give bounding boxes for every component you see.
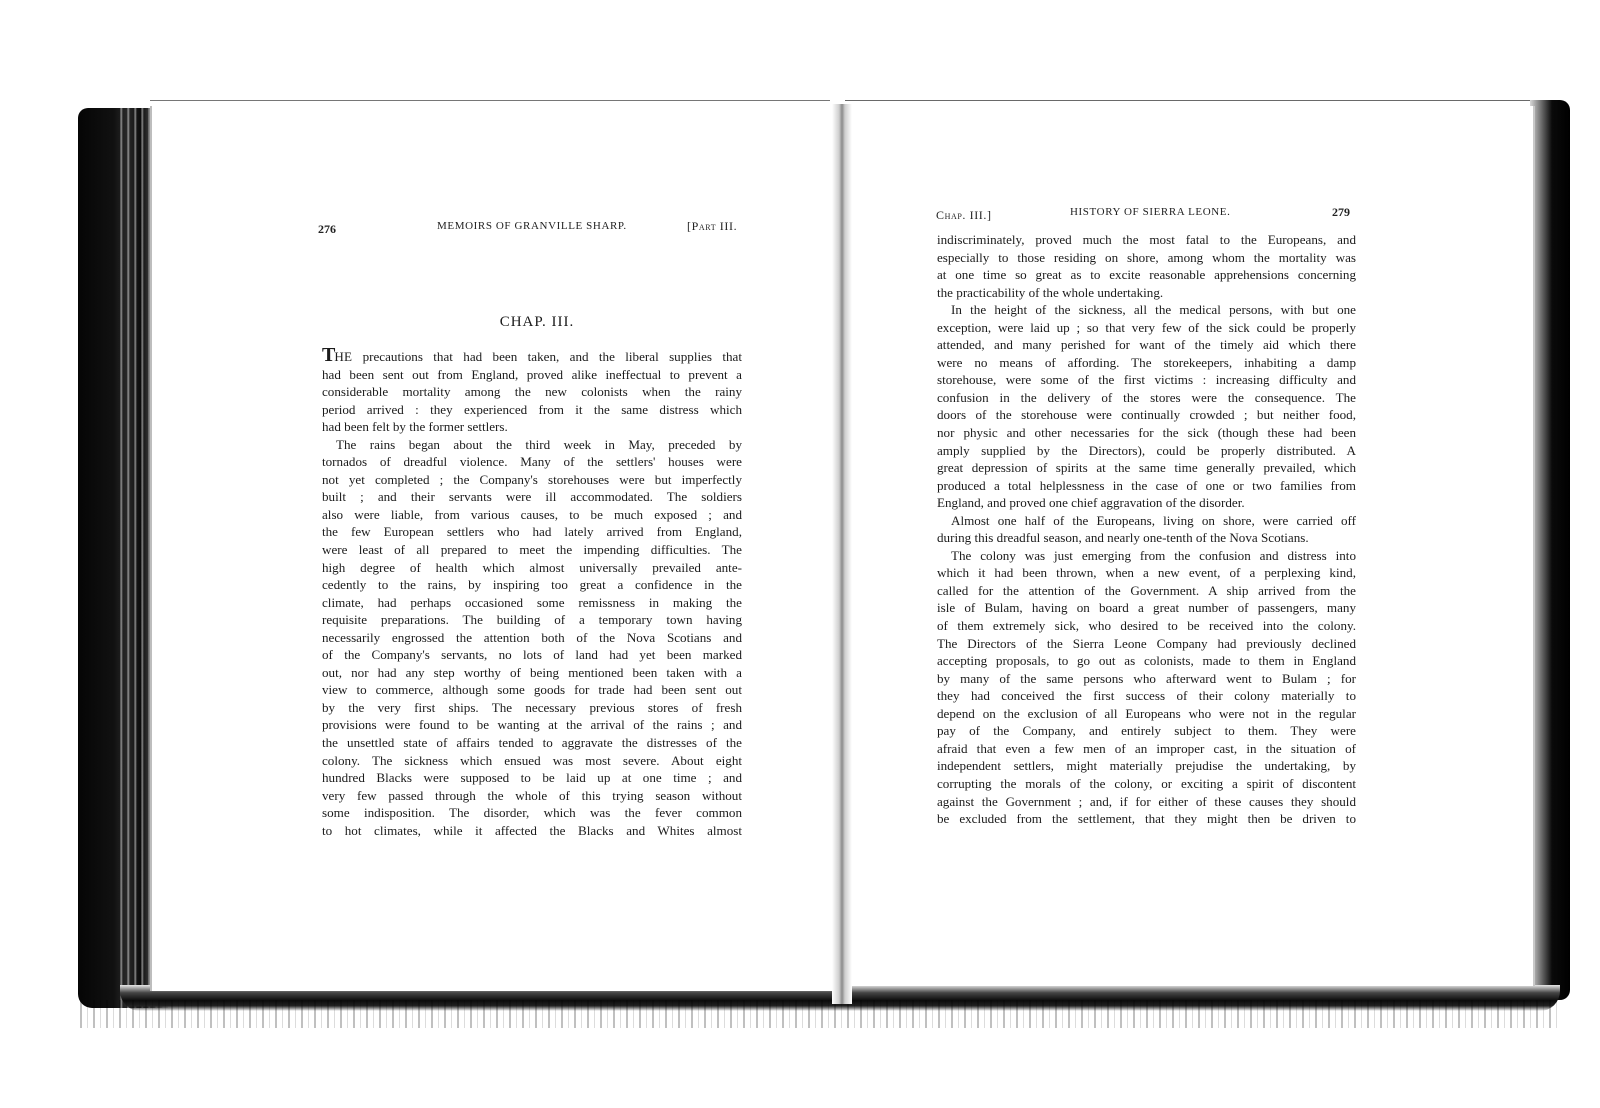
- text-line: independent settlers, might materially p…: [937, 757, 1356, 775]
- text-line: storehouse, were some of the first victi…: [937, 371, 1356, 389]
- text-line: accepting proposals, to go out as coloni…: [937, 652, 1356, 670]
- text-line: nor physic and other necessaries for the…: [937, 424, 1356, 442]
- text-line: had been sent out from England, proved a…: [322, 366, 742, 384]
- text-line: In the height of the sickness, all the m…: [937, 301, 1356, 319]
- right-page-body: indiscriminately, proved much the most f…: [937, 231, 1356, 828]
- text-line: attended, and many perished for want of …: [937, 336, 1356, 354]
- left-running-head: MEMOIRS OF GRANVILLE SHARP.: [437, 220, 627, 232]
- text-line: not yet completed ; the Company's storeh…: [322, 471, 742, 489]
- scan-noise: [80, 1000, 1560, 1028]
- text-line: high degree of health which almost unive…: [322, 559, 742, 577]
- book-gutter: [832, 104, 852, 1004]
- text-line: hundred Blacks were supposed to be laid …: [322, 769, 742, 787]
- text-line: considerable mortality among the new col…: [322, 383, 742, 401]
- text-line: amply supplied by the Directors), could …: [937, 442, 1356, 460]
- left-part-marker: [Part III.: [687, 219, 737, 234]
- text-line: depend on the exclusion of all Europeans…: [937, 705, 1356, 723]
- text-line: also were liable, from various causes, t…: [322, 506, 742, 524]
- text-line: by the very first ships. The necessary p…: [322, 699, 742, 717]
- drop-cap-rest: HE: [334, 349, 352, 364]
- text-line: afraid that even a few men of an imprope…: [937, 740, 1356, 758]
- text-line: called for the attention of the Governme…: [937, 582, 1356, 600]
- left-page-body: THE precautions that had been taken, and…: [322, 348, 742, 839]
- text-line: pay of the Company, and entirely subject…: [937, 722, 1356, 740]
- book-cover-right-edge: [1530, 100, 1570, 1000]
- text-line: cedently to the rains, by inspiring too …: [322, 576, 742, 594]
- text-line: the few European settlers who had lately…: [322, 523, 742, 541]
- text-line: confusion in the delivery of the stores …: [937, 389, 1356, 407]
- text-line: produced a total helplessness in the cas…: [937, 477, 1356, 495]
- right-running-head: HISTORY OF SIERRA LEONE.: [1070, 206, 1230, 218]
- text-line: The Directors of the Sierra Leone Compan…: [937, 635, 1356, 653]
- right-page-number: 279: [1332, 205, 1350, 220]
- text-line: be excluded from the settlement, that th…: [937, 810, 1356, 828]
- text-line: they had conceived the first success of …: [937, 687, 1356, 705]
- text-line: were no means of affording. The storekee…: [937, 354, 1356, 372]
- text-line: of the Company's servants, no lots of la…: [322, 646, 742, 664]
- text-line: some indisposition. The disorder, which …: [322, 804, 742, 822]
- text-line: by many of the same persons who afterwar…: [937, 670, 1356, 688]
- text-line: view to commerce, although some goods fo…: [322, 681, 742, 699]
- text-line: The rains began about the third week in …: [322, 436, 742, 454]
- text-line: of them extremely sick, who desired to b…: [937, 617, 1356, 635]
- chapter-heading: CHAP. III.: [322, 314, 752, 331]
- text-line: during this dreadful season, and nearly …: [937, 529, 1356, 547]
- text-line: the practicability of the whole undertak…: [937, 284, 1356, 302]
- text-line: period arrived : they experienced from i…: [322, 401, 742, 419]
- text-line: built ; and their servants were ill acco…: [322, 488, 742, 506]
- left-page-number: 276: [318, 222, 336, 237]
- text-line: requisite preparations. The building of …: [322, 611, 742, 629]
- text-line: necessarily engrossed the attention both…: [322, 629, 742, 647]
- text-line: Almost one half of the Europeans, living…: [937, 512, 1356, 530]
- text-line: doors of the storehouse were continually…: [937, 406, 1356, 424]
- text-line: to hot climates, while it affected the B…: [322, 822, 742, 840]
- text-line: THE precautions that had been taken, and…: [322, 348, 742, 366]
- text-line: at one time so great as to excite reason…: [937, 266, 1356, 284]
- text-line: were least of all prepared to meet the i…: [322, 541, 742, 559]
- text-line: isle of Bulam, having on board a great n…: [937, 599, 1356, 617]
- book-scan: 276 MEMOIRS OF GRANVILLE SHARP. [Part II…: [0, 0, 1600, 1108]
- text-line: against the Government ; and, if for eit…: [937, 793, 1356, 811]
- text-line: corrupting the morals of the colony, or …: [937, 775, 1356, 793]
- text-line: indiscriminately, proved much the most f…: [937, 231, 1356, 249]
- text-line: colony. The sickness which ensued was mo…: [322, 752, 742, 770]
- right-chapter-marker: Chap. III.]: [936, 208, 992, 223]
- text-line: exception, were laid up ; so that very f…: [937, 319, 1356, 337]
- text-line: tornados of dreadful violence. Many of t…: [322, 453, 742, 471]
- text-line: had been felt by the former settlers.: [322, 418, 742, 436]
- text-line: which it had been thrown, when a new eve…: [937, 564, 1356, 582]
- text-line: The colony was just emerging from the co…: [937, 547, 1356, 565]
- text-line: climate, had perhaps occasioned some rem…: [322, 594, 742, 612]
- text-line: very few passed through the whole of thi…: [322, 787, 742, 805]
- text-line: out, nor had any step worthy of being me…: [322, 664, 742, 682]
- text-line: the unsettled state of affairs tended to…: [322, 734, 742, 752]
- text-line: provisions were found to be wanting at t…: [322, 716, 742, 734]
- drop-cap: T: [322, 344, 334, 366]
- text-line: great depression of spirits at the same …: [937, 459, 1356, 477]
- text-line: England, and proved one chief aggravatio…: [937, 494, 1356, 512]
- text-line: especially to those residing on shore, a…: [937, 249, 1356, 267]
